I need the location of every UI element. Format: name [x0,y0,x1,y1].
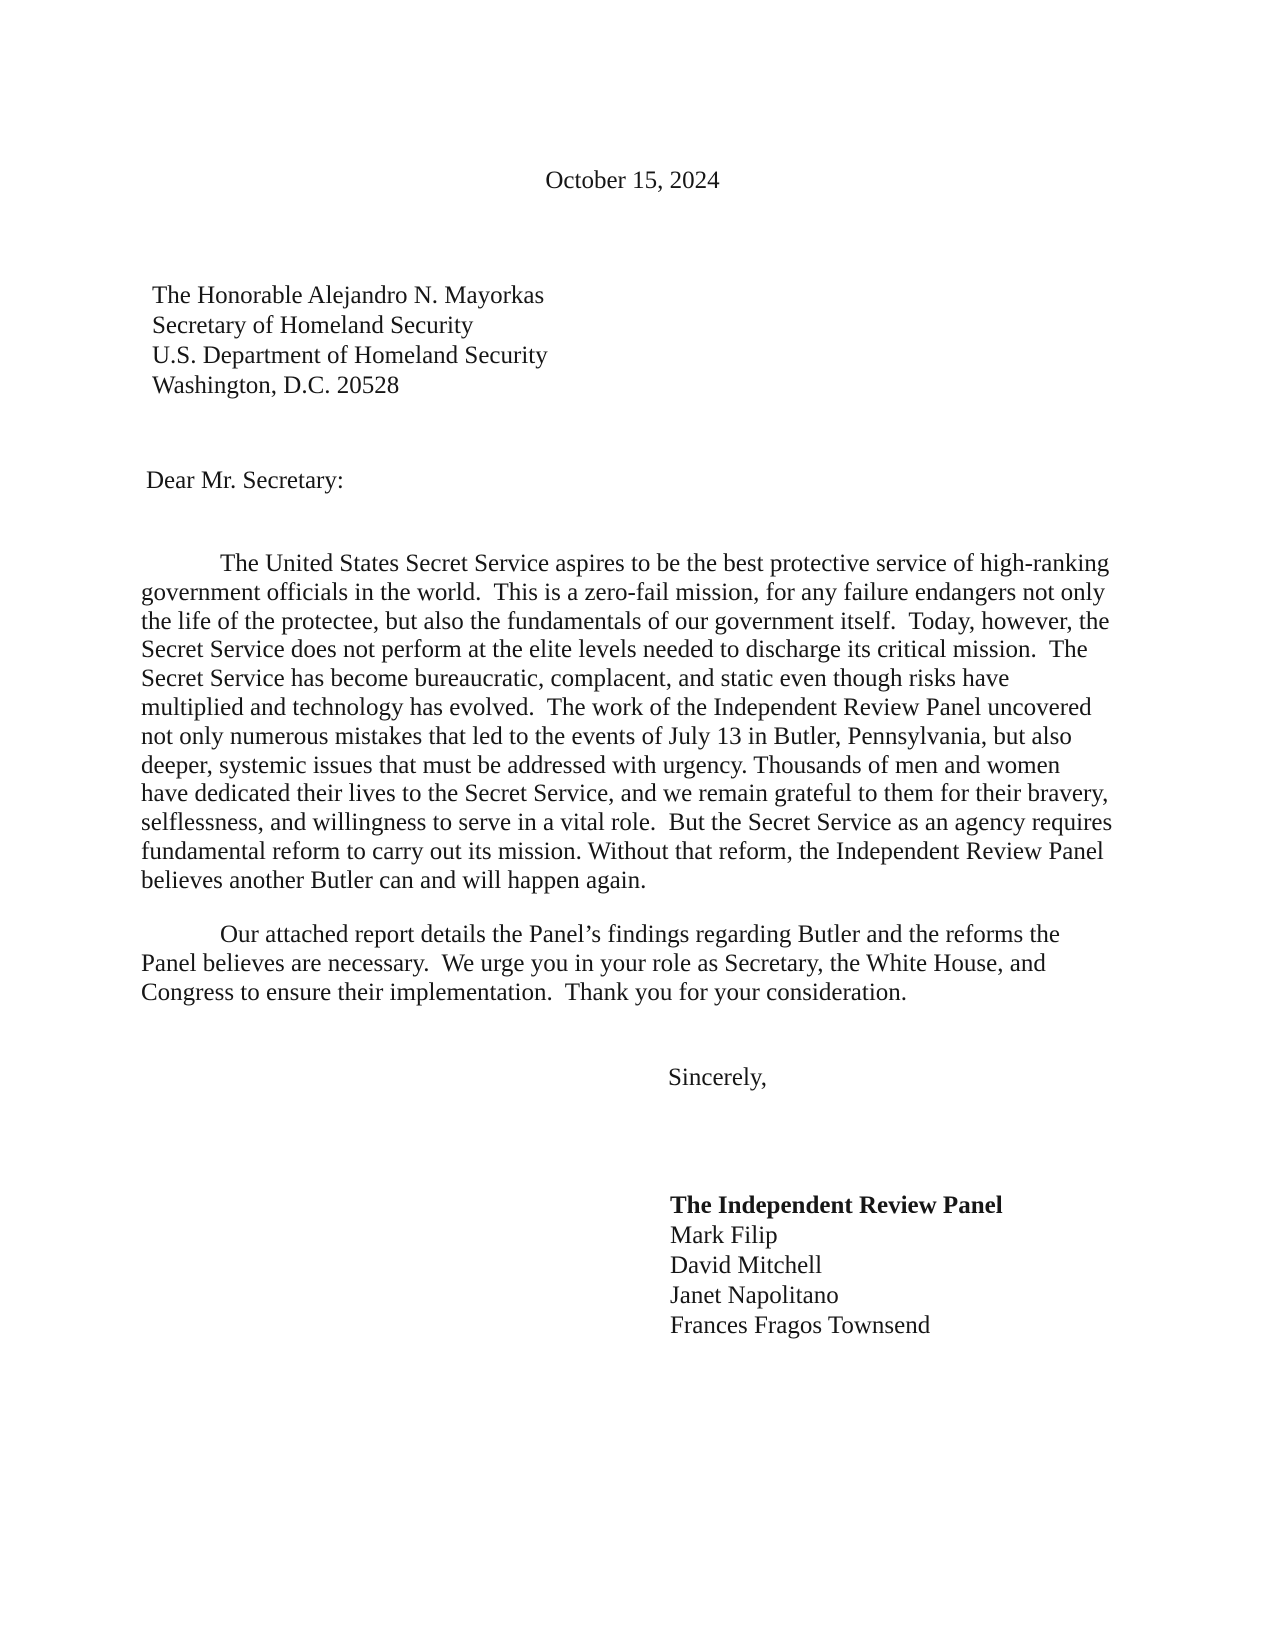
letter-page: October 15, 2024 The Honorable Alejandro… [0,0,1265,1638]
signature-members: Mark Filip David Mitchell Janet Napolita… [670,1221,1003,1341]
letter-date: October 15, 2024 [0,166,1265,196]
recipient-address: The Honorable Alejandro N. Mayorkas Secr… [152,281,548,401]
signature-block: The Independent Review Panel Mark Filip … [670,1191,1003,1341]
closing: Sincerely, [668,1063,767,1093]
body-paragraph-2: Our attached report details the Panel’s … [141,921,1151,1007]
body-paragraph-1: The United States Secret Service aspires… [141,550,1151,896]
salutation: Dear Mr. Secretary: [146,466,344,496]
signature-panel-name: The Independent Review Panel [670,1191,1003,1221]
